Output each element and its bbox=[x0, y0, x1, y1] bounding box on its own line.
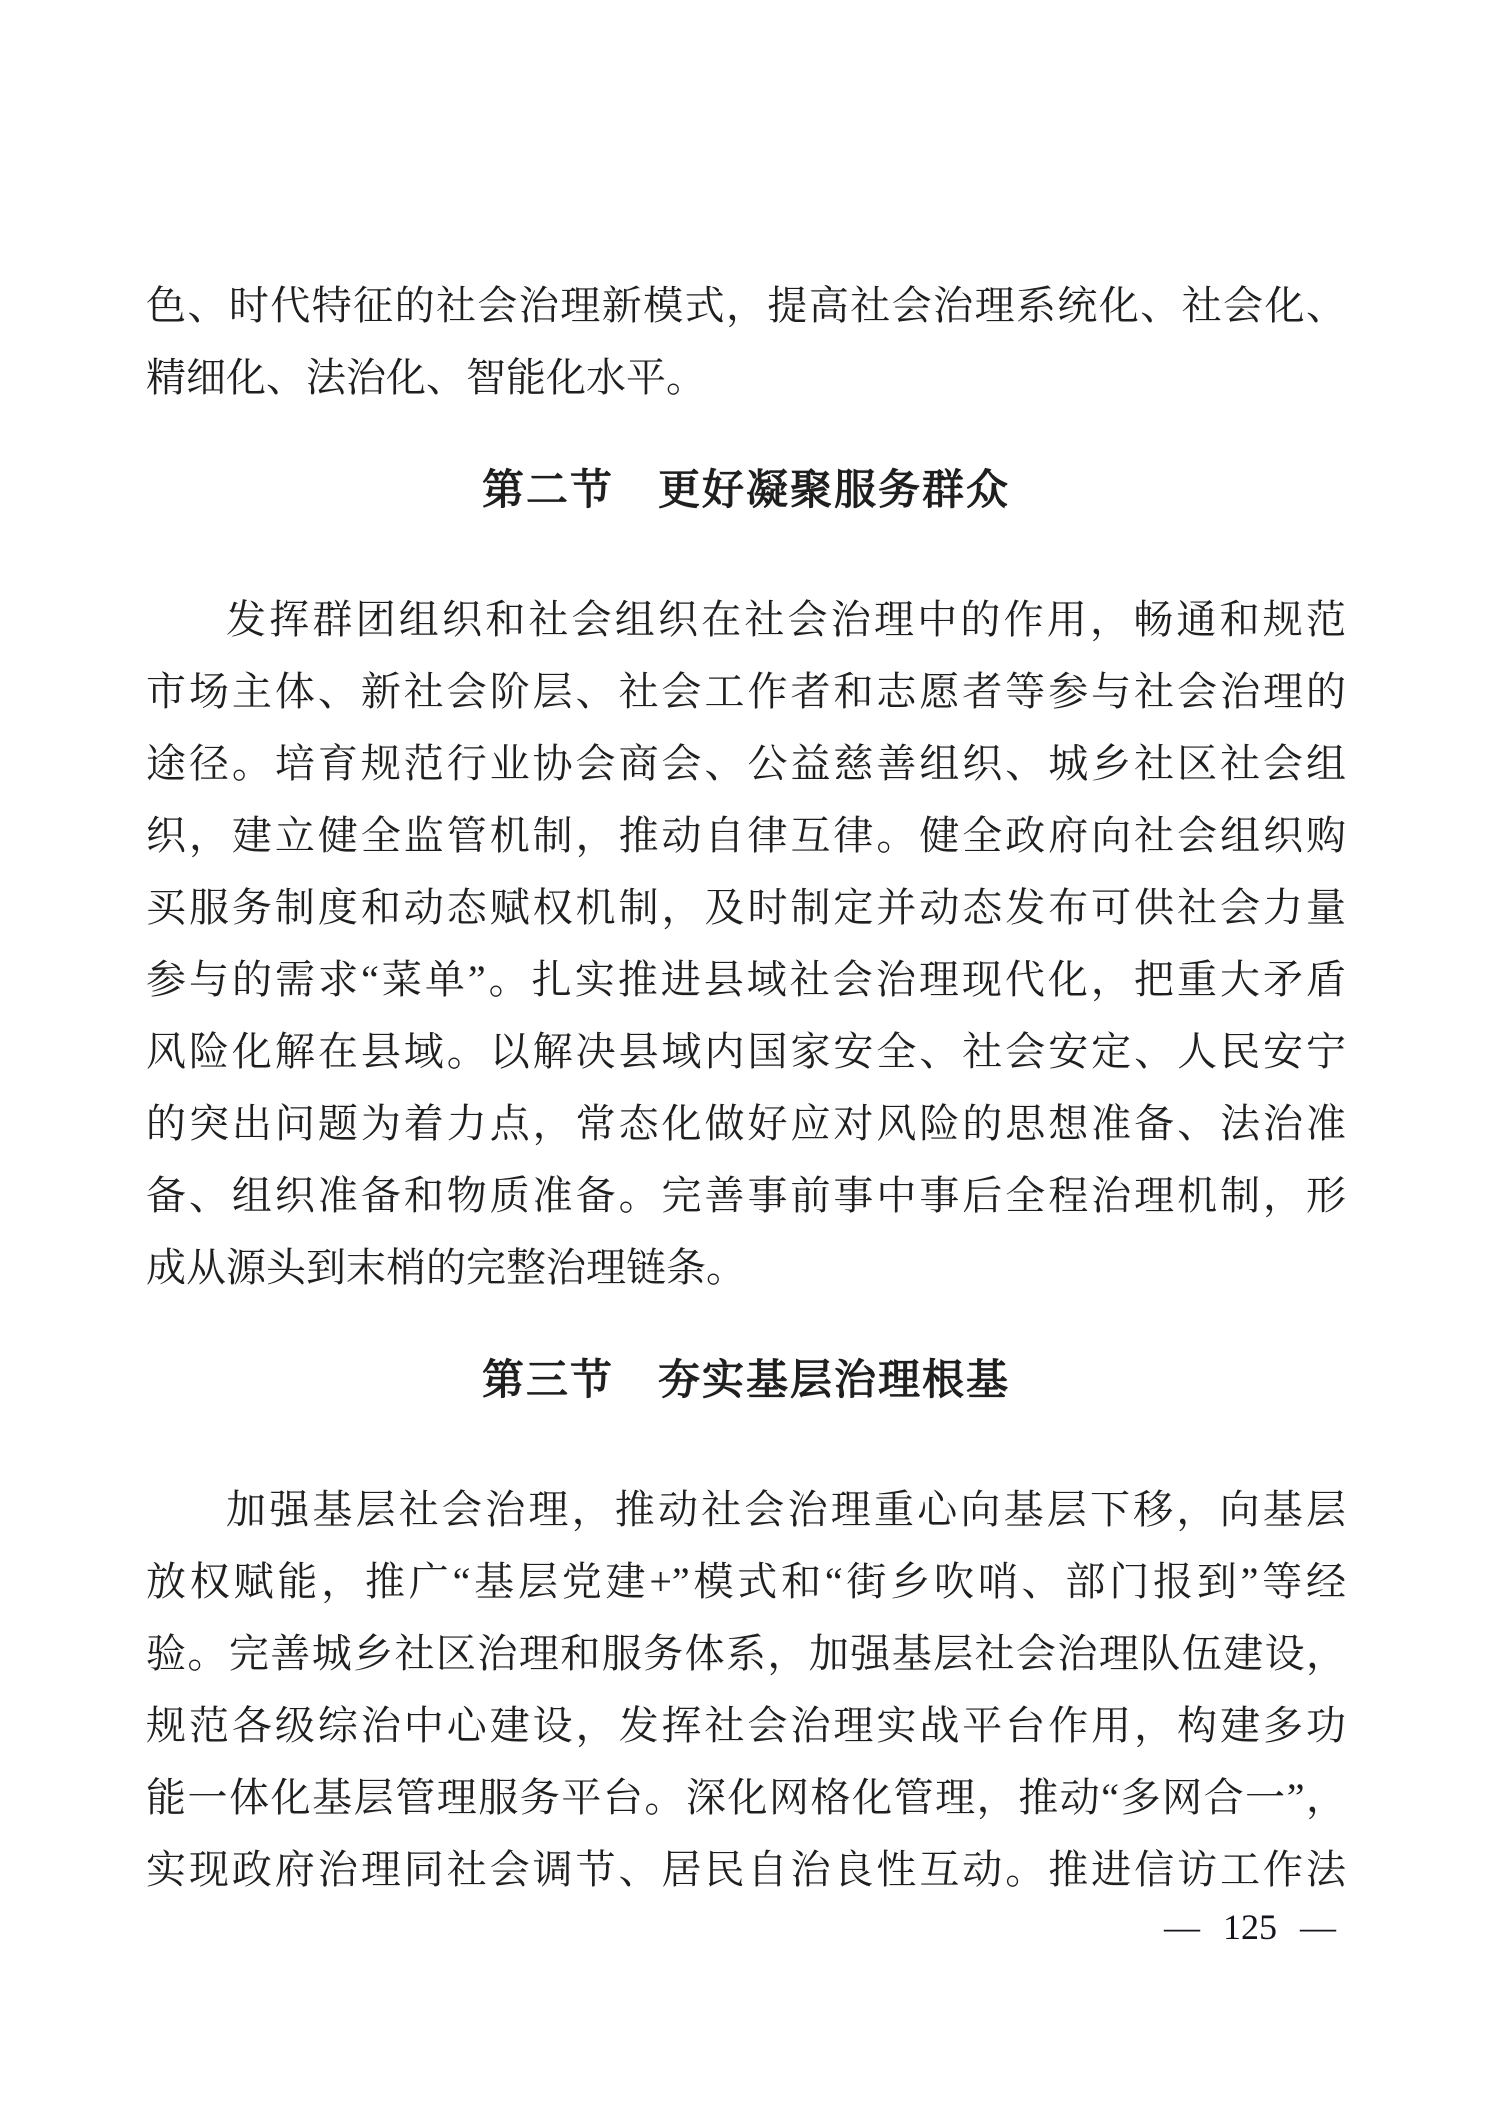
text-line: 市场主体、新社会阶层、社会工作者和志愿者等参与社会治理的 bbox=[146, 656, 1346, 728]
text-line: 发挥群团组织和社会组织在社会治理中的作用，畅通和规范 bbox=[146, 584, 1346, 656]
text-line: 加强基层社会治理，推动社会治理重心向基层下移，向基层 bbox=[146, 1474, 1346, 1546]
text-line: 途径。培育规范行业协会商会、公益慈善组织、城乡社区社会组 bbox=[146, 728, 1346, 800]
body-text: 色、时代特征的社会治理新模式，提高社会治理系统化、社会化、 精细化、法治化、智能… bbox=[146, 270, 1346, 1906]
section-heading-3: 第三节 夯实基层治理根基 bbox=[146, 1344, 1346, 1418]
text-line: 买服务制度和动态赋权机制，及时制定并动态发布可供社会力量 bbox=[146, 872, 1346, 944]
text-line: 织，建立健全监管机制，推动自律互律。健全政府向社会组织购 bbox=[146, 800, 1346, 872]
text-line: 参与的需求“菜单”。扎实推进县域社会治理现代化，把重大矛盾 bbox=[146, 944, 1346, 1016]
section-heading-2: 第二节 更好凝聚服务群众 bbox=[146, 454, 1346, 528]
text-line: 能一体化基层管理服务平台。深化网格化管理，推动“多网合一”， bbox=[146, 1762, 1346, 1834]
paragraph-section-3: 加强基层社会治理，推动社会治理重心向基层下移，向基层 放权赋能，推广“基层党建+… bbox=[146, 1474, 1346, 1906]
text-line: 实现政府治理同社会调节、居民自治良性互动。推进信访工作法 bbox=[146, 1834, 1346, 1906]
document-page: 色、时代特征的社会治理新模式，提高社会治理系统化、社会化、 精细化、法治化、智能… bbox=[0, 0, 1486, 2103]
paragraph-section-2: 发挥群团组织和社会组织在社会治理中的作用，畅通和规范 市场主体、新社会阶层、社会… bbox=[146, 584, 1346, 1304]
text-line: 规范各级综治中心建设，发挥社会治理实战平台作用，构建多功 bbox=[146, 1690, 1346, 1762]
text-line: 验。完善城乡社区治理和服务体系，加强基层社会治理队伍建设， bbox=[146, 1618, 1346, 1690]
page-number: — 125 — bbox=[1164, 1902, 1336, 1952]
text-line: 风险化解在县域。以解决县域内国家安全、社会安定、人民安宁 bbox=[146, 1016, 1346, 1088]
text-line: 色、时代特征的社会治理新模式，提高社会治理系统化、社会化、 bbox=[146, 270, 1346, 342]
text-line: 成从源头到末梢的完整治理链条。 bbox=[146, 1232, 1346, 1304]
text-line: 的突出问题为着力点，常态化做好应对风险的思想准备、法治准 bbox=[146, 1088, 1346, 1160]
text-line: 精细化、法治化、智能化水平。 bbox=[146, 342, 1346, 414]
paragraph-continuation: 色、时代特征的社会治理新模式，提高社会治理系统化、社会化、 精细化、法治化、智能… bbox=[146, 270, 1346, 414]
text-line: 放权赋能，推广“基层党建+”模式和“街乡吹哨、部门报到”等经 bbox=[146, 1546, 1346, 1618]
text-line: 备、组织准备和物质准备。完善事前事中事后全程治理机制，形 bbox=[146, 1160, 1346, 1232]
